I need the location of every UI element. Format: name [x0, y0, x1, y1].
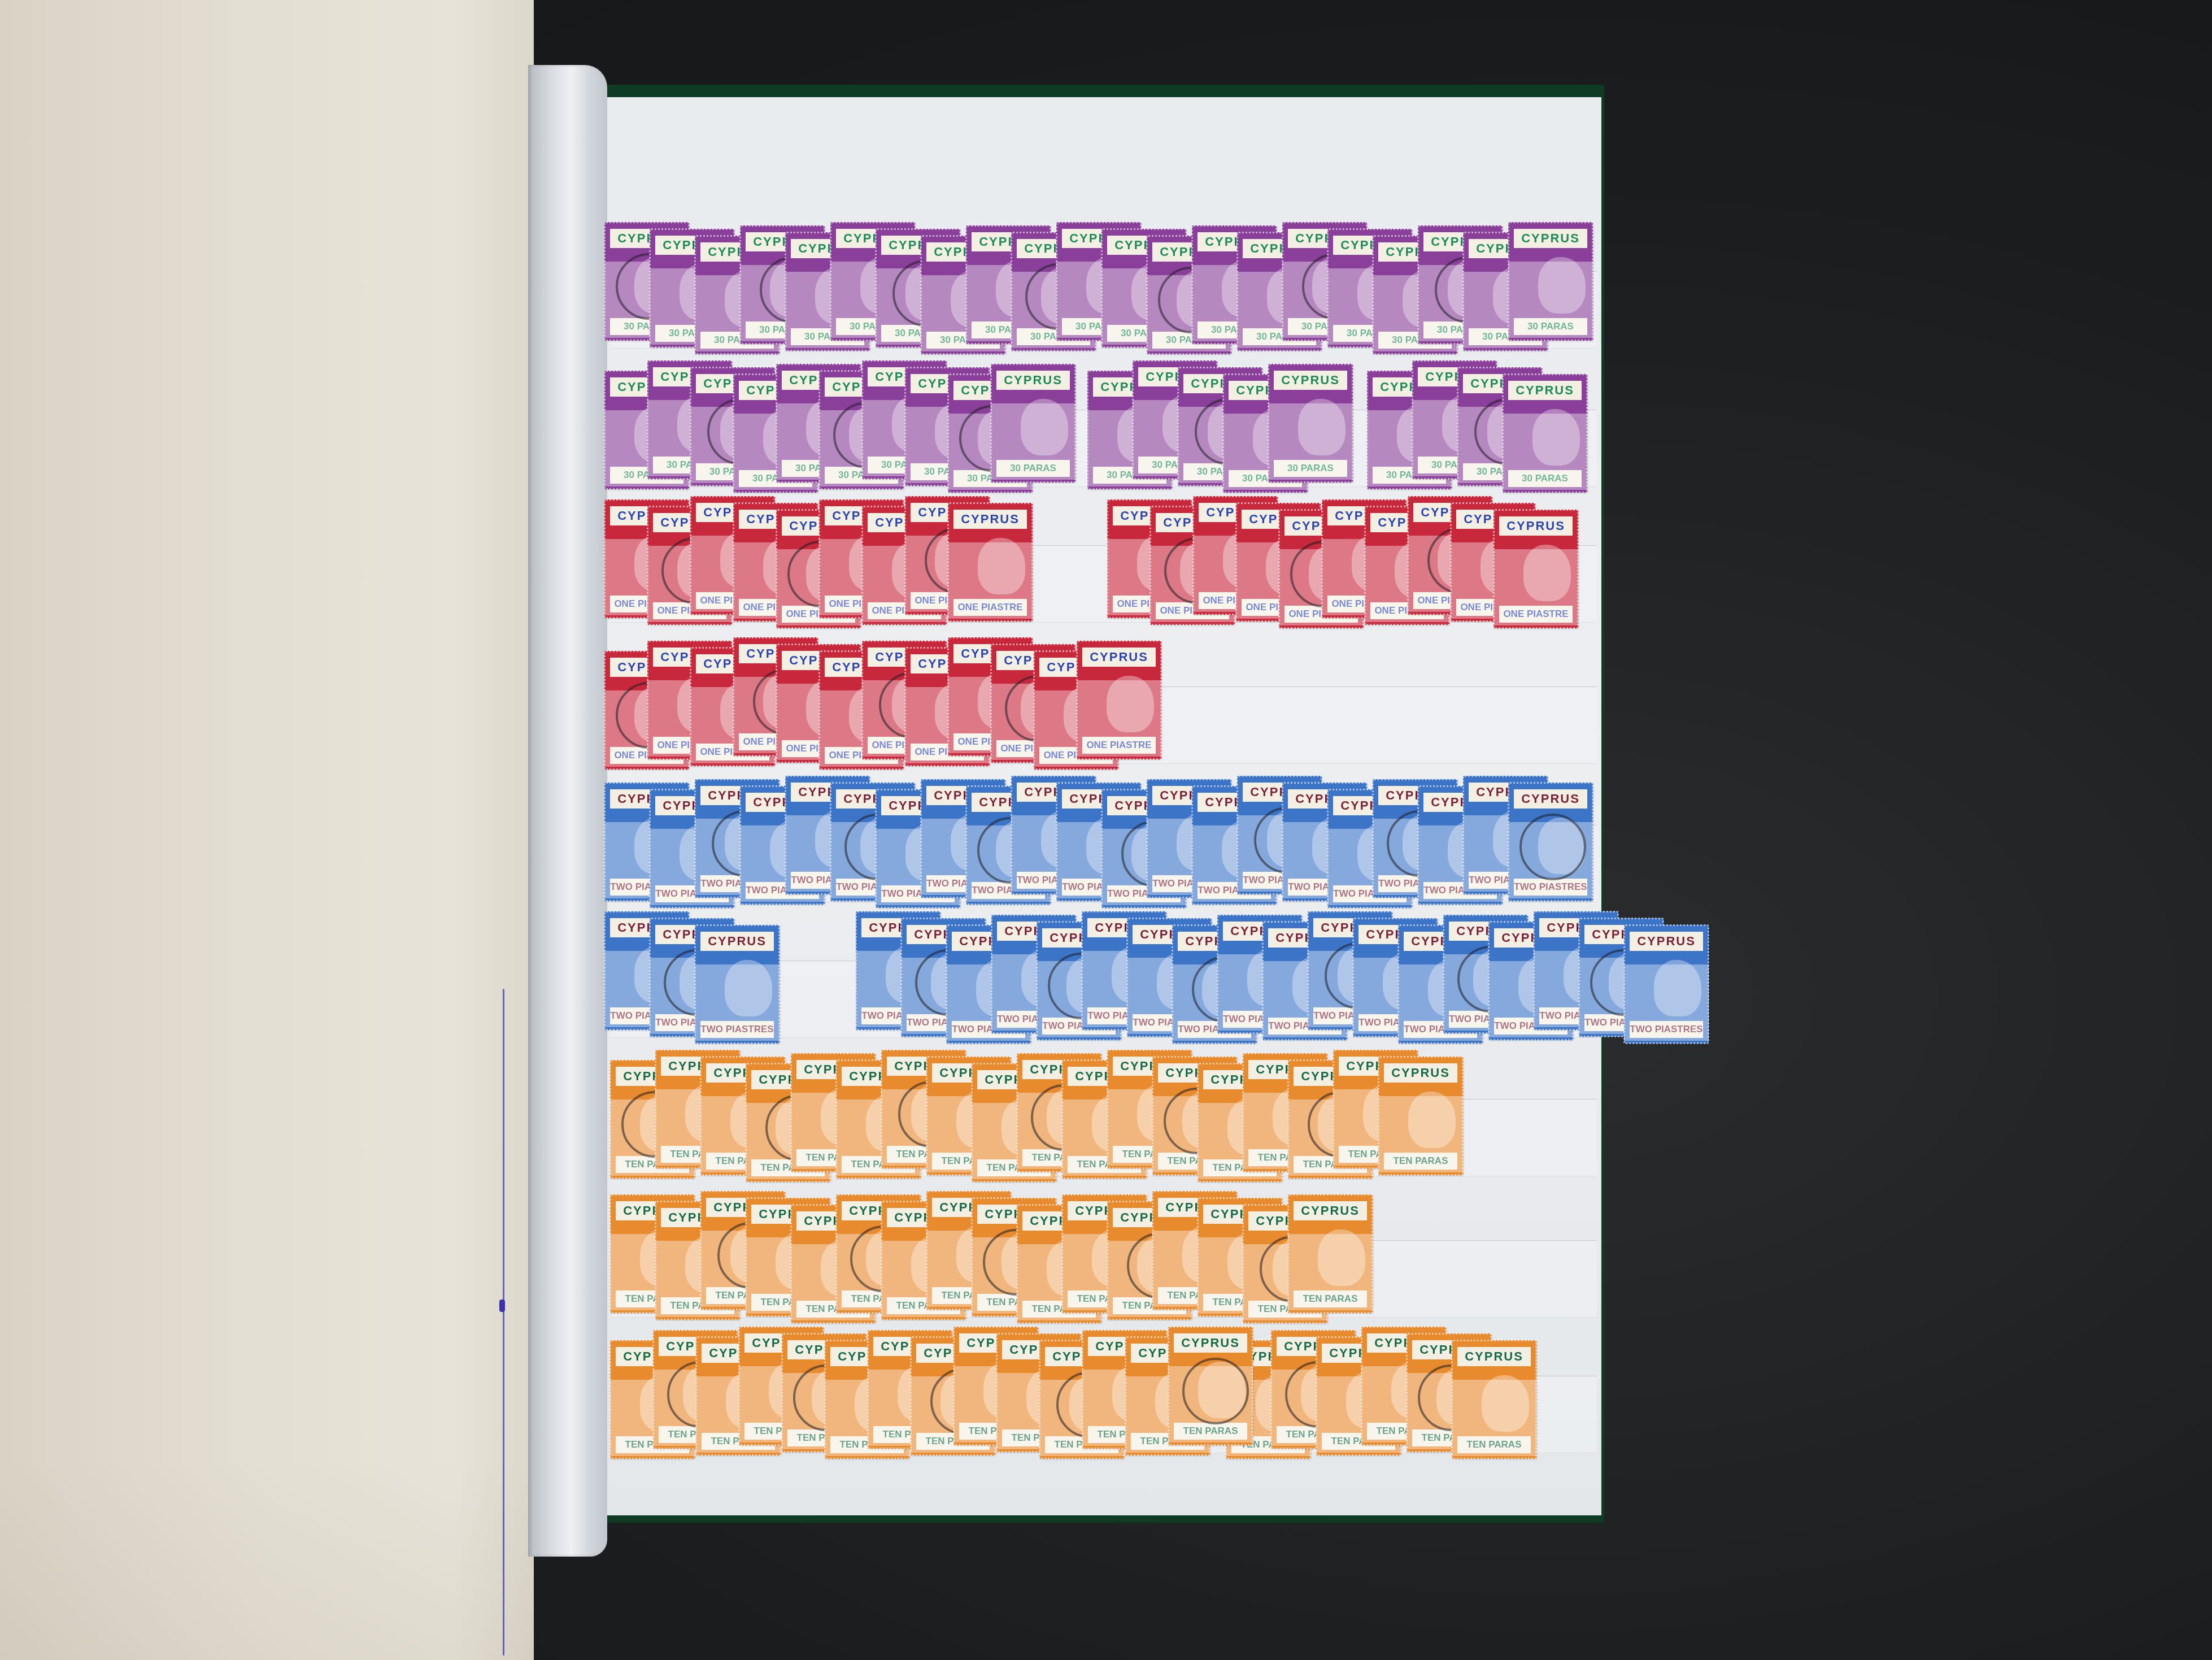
stamp-country-label: CYPRUS: [1499, 516, 1573, 536]
strip-overlay: [695, 964, 780, 1041]
strip-overlay: [1624, 964, 1709, 1041]
stamp: CYPRUSTWO PIASTRES: [1624, 925, 1709, 1044]
stamp: CYPRUS30 PARAS: [1503, 374, 1587, 493]
stamp-country-label: CYPRUS: [1274, 371, 1347, 390]
stamp-country-label: CYPRUS: [1082, 648, 1156, 667]
strip-overlay: [1493, 549, 1578, 625]
strip-overlay: [1508, 262, 1593, 338]
stamp-country-label: CYPRUS: [996, 371, 1070, 390]
stamp-country-label: CYPRUS: [1514, 229, 1587, 248]
page-shadow: [0, 1457, 534, 1660]
strip-overlay: [1378, 1096, 1463, 1172]
stamp: CYPRUSONE PIASTRE: [1077, 641, 1161, 759]
stamp-country-label: CYPRUS: [1630, 932, 1703, 951]
stamp: CYPRUSTEN PARAS: [1378, 1057, 1463, 1175]
strip-overlay: [1452, 1380, 1536, 1456]
stamp: CYPRUSTEN PARAS: [1288, 1194, 1373, 1313]
stamp: CYPRUSTEN PARAS: [1168, 1327, 1253, 1445]
pen-margin-line: [503, 989, 504, 1655]
strip-overlay: [1503, 414, 1587, 490]
postmark-cancel-icon: [1182, 1358, 1249, 1424]
stamp-country-label: CYPRUS: [953, 510, 1027, 529]
stamp-country-label: CYPRUS: [1174, 1333, 1247, 1353]
strip-overlay: [1288, 1234, 1373, 1310]
postmark-cancel-icon: [1519, 814, 1586, 880]
stamp: CYPRUS30 PARAS: [1508, 222, 1593, 341]
strip-overlay: [1077, 680, 1161, 757]
stamp-country-label: CYPRUS: [1457, 1347, 1531, 1366]
strip-overlay: [1268, 403, 1353, 480]
stamp: CYPRUSTWO PIASTRES: [695, 925, 780, 1044]
stamp-country-label: CYPRUS: [1514, 789, 1587, 809]
stockbook-left-page: [0, 0, 534, 1660]
stamp: CYPRUSTWO PIASTRES: [1508, 783, 1593, 901]
stamp: CYPRUS30 PARAS: [991, 364, 1075, 483]
stamp: CYPRUSONE PIASTRE: [948, 503, 1033, 622]
stamp: CYPRUSTEN PARAS: [1452, 1340, 1536, 1459]
strip-overlay: [948, 542, 1033, 619]
pen-mark: [499, 1300, 505, 1312]
stamp-country-label: CYPRUS: [1508, 381, 1582, 400]
stamp-country-label: CYPRUS: [1294, 1201, 1367, 1220]
strip-overlay: [991, 403, 1075, 480]
stamp-country-label: CYPRUS: [1384, 1063, 1457, 1083]
stamp-country-label: CYPRUS: [700, 932, 774, 951]
stamp: CYPRUS30 PARAS: [1268, 364, 1353, 483]
interleaving-film: [528, 65, 607, 1557]
stamp: CYPRUSONE PIASTRE: [1493, 510, 1578, 628]
